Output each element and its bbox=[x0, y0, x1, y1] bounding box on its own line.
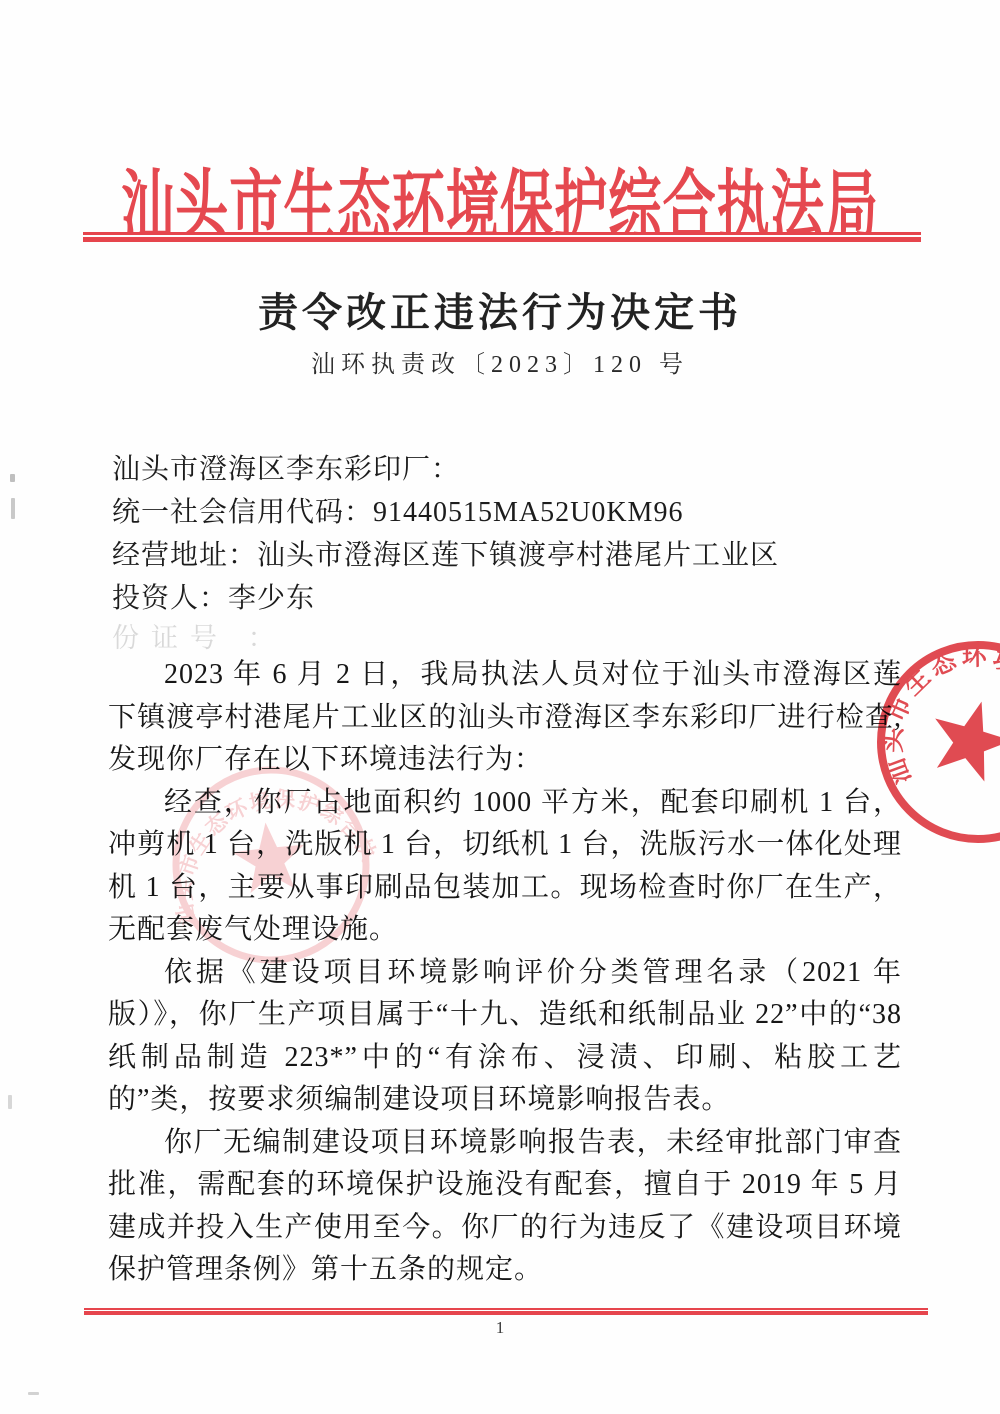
official-seal: 汕头市生态环境保护综合执法局 bbox=[845, 612, 1000, 872]
paragraph-legal-category: 依据《建设项目环境影响评价分类管理名录（2021 年版）》，你厂生产项目属于“十… bbox=[108, 952, 902, 1122]
page-number: 1 bbox=[0, 1318, 1000, 1338]
official-seal-star-icon bbox=[922, 691, 1000, 786]
recipient-investor: 投资人：李少东 bbox=[112, 577, 902, 620]
paragraph-inspection: 2023 年 6 月 2 日，我局执法人员对位于汕头市澄海区莲下镇渡亭村港尾片工… bbox=[108, 654, 902, 782]
body-text: 2023 年 6 月 2 日，我局执法人员对位于汕头市澄海区莲下镇渡亭村港尾片工… bbox=[108, 654, 902, 1292]
recipient-name: 汕头市澄海区李东彩印厂： bbox=[112, 448, 902, 491]
scan-artifact bbox=[10, 474, 15, 482]
document-page: 汕头市生态环境保护综合执法局 责令改正违法行为决定书 汕环执责改〔2023〕12… bbox=[0, 0, 1000, 1414]
document-number: 汕环执责改〔2023〕120 号 bbox=[0, 344, 1000, 379]
faint-redacted-id-line: 份证号 ： bbox=[112, 616, 287, 655]
recipient-block: 汕头市澄海区李东彩印厂： 统一社会信用代码：91440515MA52U0KM96… bbox=[112, 448, 902, 620]
header-double-rule bbox=[83, 232, 921, 242]
footer-double-rule bbox=[84, 1308, 928, 1315]
paragraph-findings: 经查，你厂占地面积约 1000 平方米，配套印刷机 1 台，冲剪机 1 台，洗版… bbox=[108, 782, 902, 952]
recipient-address: 经营地址：汕头市澄海区莲下镇渡亭村港尾片工业区 bbox=[112, 534, 902, 577]
document-title: 责令改正违法行为决定书 bbox=[0, 281, 1000, 338]
recipient-credit-code: 统一社会信用代码：91440515MA52U0KM96 bbox=[112, 491, 902, 534]
paragraph-violation: 你厂无编制建设项目环境影响报告表，未经审批部门审查批准，需配套的环境保护设施没有… bbox=[108, 1122, 902, 1292]
scan-artifact bbox=[8, 1095, 12, 1109]
scan-artifact bbox=[11, 498, 15, 519]
scan-artifact bbox=[28, 1392, 39, 1395]
